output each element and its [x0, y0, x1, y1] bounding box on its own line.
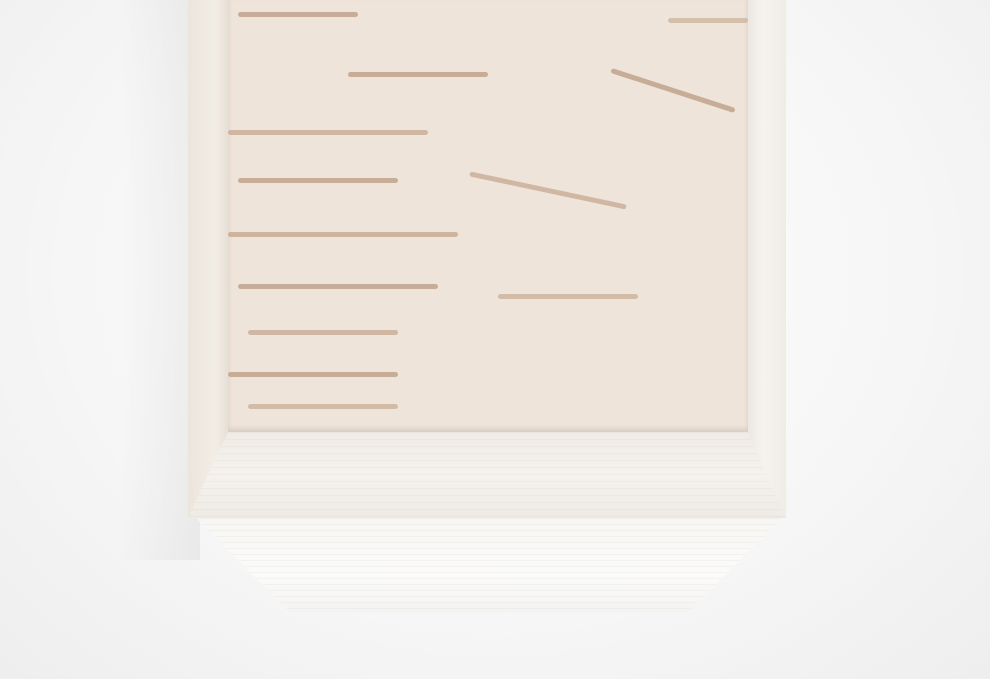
frame-rail-right [748, 0, 786, 518]
seat-mark [348, 72, 488, 77]
seat-mark [238, 284, 438, 289]
wood-grain [188, 432, 786, 518]
seat-mark [228, 130, 428, 135]
seat-mark [469, 171, 627, 209]
bench-front-face [196, 518, 782, 612]
frame-rail-left [188, 0, 228, 518]
frame-rail-bottom [188, 432, 786, 518]
seat-mark [248, 330, 398, 335]
seat-mark [238, 178, 398, 183]
seat-mark [668, 18, 748, 23]
seat-mark [498, 294, 638, 299]
bench-seat-cushion [228, 0, 748, 432]
seat-mark [228, 372, 398, 377]
seat-mark [248, 404, 398, 409]
seat-mark [610, 68, 735, 113]
seat-mark [228, 232, 458, 237]
wood-grain [196, 518, 782, 612]
seat-mark [238, 12, 358, 17]
